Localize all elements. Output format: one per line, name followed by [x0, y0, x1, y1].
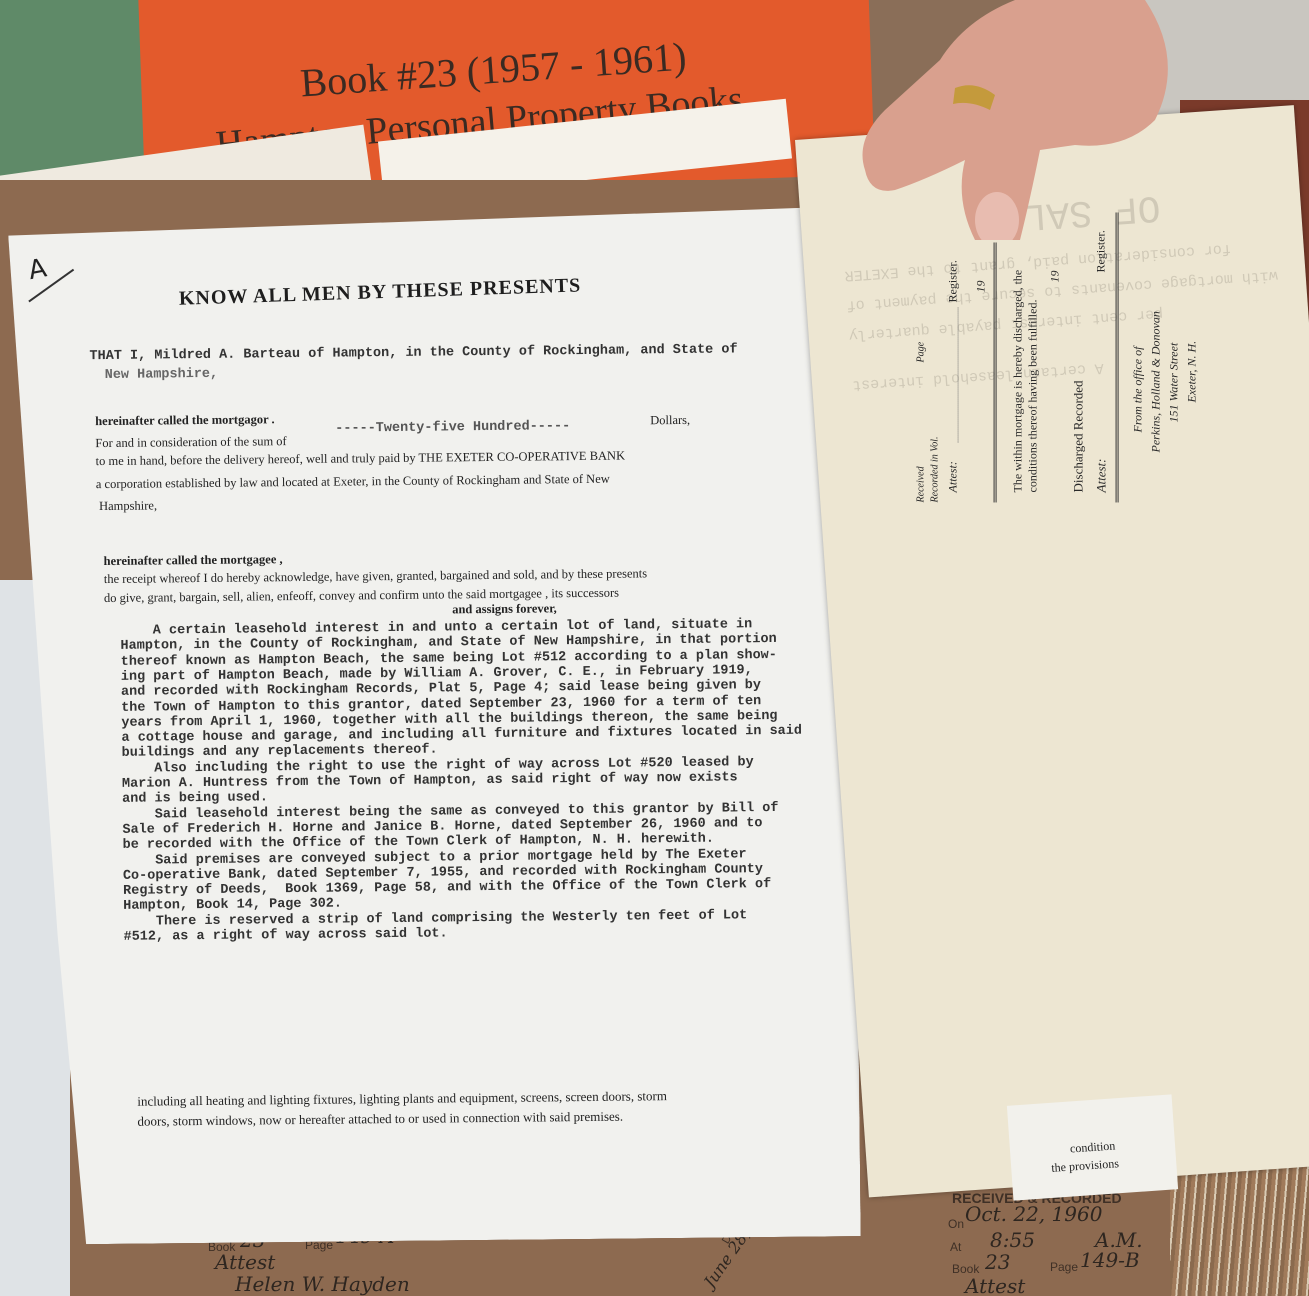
corner-fragment-1: condition [1070, 1138, 1116, 1156]
received-on-value: Oct. 22, 1960 [965, 1202, 1102, 1226]
office-line-4: Exeter, N. H. [1185, 341, 1200, 403]
received-attest: Attest [965, 1274, 1025, 1296]
office-line-3: 151 Water Street [1167, 343, 1182, 423]
form-register-1: Register. [946, 260, 961, 302]
form-double-rule [1116, 212, 1119, 502]
form-nineteen-1: 19 [974, 280, 989, 292]
form-attest-2: Attest: [1094, 459, 1110, 493]
received-at-value: 8:55 [990, 1228, 1035, 1252]
fixtures-line-2: doors, storm windows, now or hereafter a… [137, 1109, 623, 1130]
stamp-attest: Attest [215, 1250, 275, 1274]
receipt-line: the receipt whereof I do hereby acknowle… [104, 566, 647, 587]
assigns-line: and assigns forever, [452, 601, 557, 617]
preamble-line-1: THAT I, Mildred A. Barteau of Hampton, i… [89, 342, 737, 364]
sum-amount: -----Twenty-five Hundred----- [335, 419, 570, 436]
typed-line: #512, as a right of way across said lot. [123, 926, 447, 944]
office-line-2: Perkins, Holland & Donovan [1149, 311, 1164, 452]
received-on-label: On [948, 1217, 964, 1231]
sum-unit: Dollars, [650, 413, 690, 428]
office-line-1: From the office of [1131, 347, 1146, 433]
fixtures-line-1: including all heating and lighting fixtu… [137, 1088, 667, 1110]
form-attest-1: Attest: [946, 461, 961, 492]
folded-corner: condition the provisions [1007, 1094, 1178, 1200]
mortgage-deed-page: A KNOW ALL MEN BY THESE PRESENTS THAT I,… [8, 206, 861, 1245]
received-page-value: 149-B [1080, 1248, 1140, 1272]
corporation-line-2: Hampshire, [99, 498, 157, 514]
typed-line: and is being used. [122, 791, 268, 808]
mortgagee-line: hereinafter called the mortgagee , [104, 552, 283, 569]
sum-prefix: For and in consideration of the sum of [95, 434, 286, 451]
form-recorded-vol: Recorded in Vol. [930, 436, 941, 502]
form-page: Page [916, 342, 927, 363]
form-discharge-text-1: The within mortgage is hereby discharged… [1011, 270, 1026, 493]
received-at-label: At [950, 1240, 961, 1254]
corporation-line: a corporation established by law and loc… [96, 472, 610, 492]
form-double-rule [994, 242, 997, 502]
deed-heading: KNOW ALL MEN BY THESE PRESENTS [179, 274, 582, 310]
hand-holding-page [845, 0, 1180, 240]
bill-of-sale-page: OF SALE for consideration paid, grant to… [795, 105, 1309, 1197]
corner-handwritten-mark: A [26, 253, 49, 286]
corner-fragment-2: the provisions [1051, 1156, 1120, 1176]
form-received: Received [916, 466, 927, 502]
paid-line: to me in hand, before the delivery hereo… [96, 449, 626, 470]
received-book-value: 23 [985, 1250, 1010, 1274]
preamble-line-2: New Hampshire, [105, 367, 219, 383]
form-discharge-text-2: conditions thereof having been fulfilled… [1026, 300, 1041, 493]
form-discharged-recorded: Discharged Recorded [1071, 380, 1087, 492]
stamp-signature: Helen W. Hayden [235, 1272, 410, 1296]
received-page-label: Page [1050, 1260, 1078, 1274]
form-rule [958, 307, 959, 442]
back-filing-form: Received Recorded in Vol. Page Attest: R… [916, 202, 1216, 502]
mortgagor-line: hereinafter called the mortgagor . [95, 412, 275, 429]
form-nineteen-2: 19 [1048, 270, 1063, 282]
